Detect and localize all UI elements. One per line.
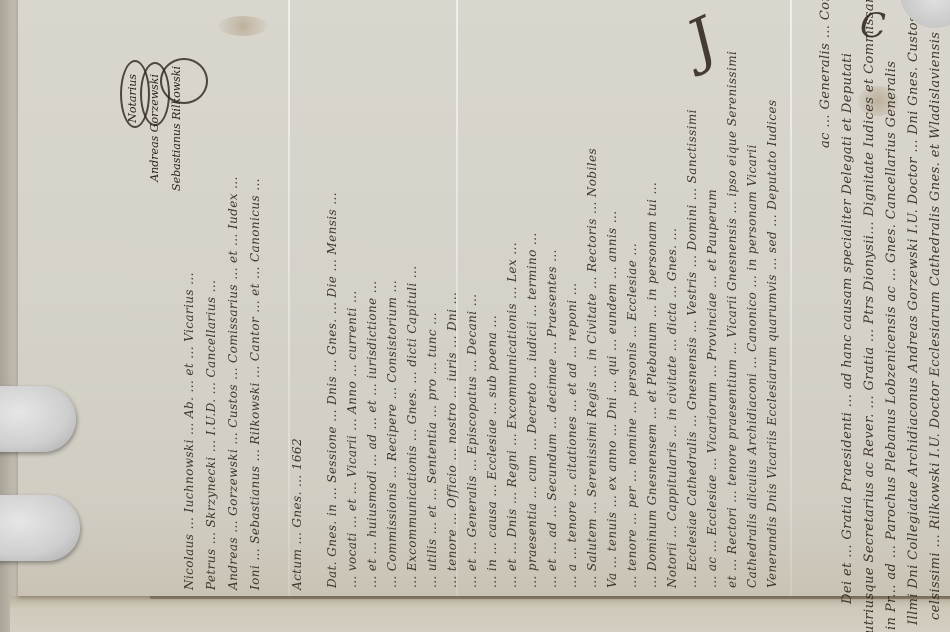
header-line: ac ... Generalis ... Commissarii: [818, 48, 834, 148]
paper-stain: [218, 16, 268, 36]
body-line: ... tenore ... Officio ... nostro ... iu…: [445, 48, 461, 588]
closing-line: Petrus ... Skrzynecki ... I.U.D. ... Can…: [204, 110, 220, 590]
closing-line: Ioni ... Sebastianus ... Rilkowski ... C…: [248, 110, 264, 590]
signature-text: Notarius: [126, 74, 139, 123]
body-line: Notorii ... Cappitularis ... in civitate…: [665, 48, 681, 588]
body-line: ... Salutem ... Serenissimi Regis ... in…: [585, 48, 601, 588]
body-line: ... et ... huiusmodi ... ad ... et ... i…: [365, 48, 381, 588]
header-line: Illmi Dni Collegiatae Archidiaconus Andr…: [906, 35, 922, 625]
body-line: ... et ... Generalis ... Episcopatus ...…: [465, 48, 481, 588]
header-line: in Pr... ad ... Parochus Plebanus Lobzen…: [884, 40, 900, 630]
body-line: et ... Rectori ... tenore praesentium ..…: [725, 48, 741, 588]
body-line: ... in ... causa ... Ecclesiae ... sub p…: [485, 48, 501, 588]
signature-text: Andreas Gorzewski: [148, 74, 161, 182]
gloved-finger: [0, 386, 76, 452]
gloved-finger: [0, 495, 80, 561]
closing-line: Nicolaus ... Iuchnowski ... Ab. ... et .…: [182, 110, 198, 590]
body-line: Venerandis Dnis Vicariis Ecclesiarum qua…: [765, 48, 781, 588]
body-line: ... ac ... Ecclesiae ... Vicariorum ... …: [705, 48, 721, 588]
header-line: Dei et ... Gratia Praesidenti ... ad han…: [840, 44, 856, 604]
body-line: ... a ... tenore ... citationes ... et a…: [565, 48, 581, 588]
body-line: ... praesentia ... cum ... Decreto ... i…: [525, 48, 541, 588]
body-line: ... Commissionis ... Recipere ... Consis…: [385, 48, 401, 588]
body-line: Cathedralis alicuius Archidiaconi ... Ca…: [745, 48, 761, 588]
fold-crease: [790, 0, 792, 596]
body-line: ... Ecclesiae Cathedralis ... Gnesnensis…: [685, 48, 701, 588]
body-line: ... Excommunicationis ... Gnes. ... dict…: [405, 48, 421, 588]
closing-line: Andreas ... Gorzewski ... Custos ... Com…: [226, 110, 242, 590]
body-line: ... et ... ad ... Secundum ... decimae .…: [545, 48, 561, 588]
page-edge-stain: [150, 596, 950, 599]
header-line: celsissimi ... Rilkowski I.U. Doctor Ecc…: [928, 30, 944, 620]
body-line: ... utilis ... et ... Sententia ... pro …: [425, 48, 441, 588]
header-line: utriusque Secretarius ac Rever. ... Grat…: [862, 44, 878, 632]
body-line: ... vocati ... et ... Vicarii ... Anno .…: [345, 48, 361, 588]
body-line: ... Dominum Gnesnensem ... et Plebanum .…: [645, 48, 661, 588]
body-line: ... tenore ... per ... nomine ... person…: [625, 48, 641, 588]
underlying-page: [10, 596, 950, 632]
body-line: Dat. Gnes. in ... Sessione ... Dnis ... …: [325, 48, 341, 588]
body-line: ... et ... Dnis ... Regni ... Excommunic…: [505, 48, 521, 588]
signature-text: Sebastianus Rilkowski: [170, 66, 183, 191]
body-line: Va ... tenuis ... ex anno ... Dni ... qu…: [605, 48, 621, 588]
closing-line: Actum ... Gnes. ... 1662: [290, 110, 306, 590]
